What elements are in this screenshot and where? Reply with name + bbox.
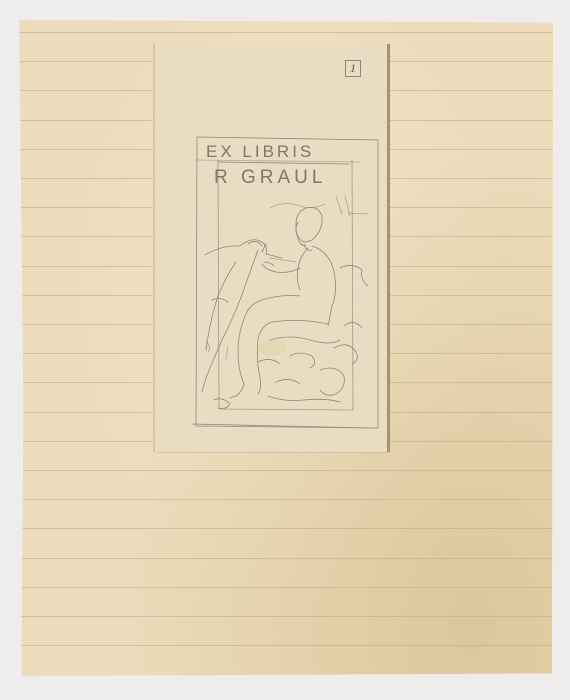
ruled-line <box>17 499 553 500</box>
ruled-line <box>17 32 553 33</box>
ruled-line <box>17 645 553 646</box>
ruled-line <box>17 528 553 529</box>
ex-libris-heading: EX LIBRIS <box>206 142 314 162</box>
ruled-line <box>17 587 553 588</box>
ruled-line <box>17 616 553 617</box>
ruled-line <box>17 470 553 471</box>
ruled-line <box>17 558 553 559</box>
sheet-number-box: 1 <box>345 60 361 77</box>
owner-name: R GRAUL <box>214 167 326 189</box>
mounted-sketch-card <box>155 44 389 452</box>
mount-edge-shadow <box>387 44 390 452</box>
